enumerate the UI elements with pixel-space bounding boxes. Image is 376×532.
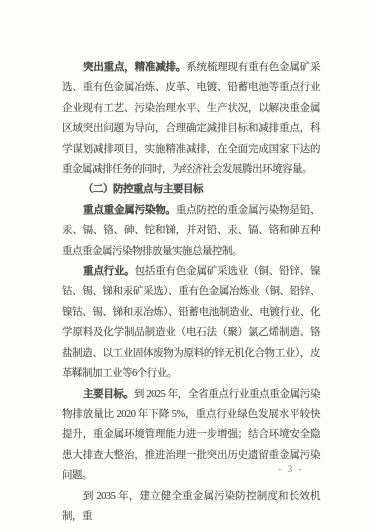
section-heading-2: （二）防控重点与主要目标	[62, 180, 320, 200]
document-page: 突出重点，精准减排。系统梳理现有重有色金属矿采选、重有色金属冶炼、皮革、电镀、铅…	[0, 0, 376, 532]
paragraph-targeted-reduction: 突出重点，精准减排。系统梳理现有重有色金属矿采选、重有色金属冶炼、皮革、电镀、铅…	[62, 58, 320, 180]
paragraph-key-industries: 重点行业。包括重有色金属矿采选业（铜、铅锌、镍钴、锡、锑和汞矿采选）、重有色金属…	[62, 262, 320, 384]
paragraph-body-text: 到 2035 年，建立健全重金属污染防控制度和长效机制，重	[62, 491, 320, 522]
paragraph-lead-text: 突出重点，精准减排。	[83, 62, 186, 73]
paragraph-lead-text: （二）防控重点与主要目标	[83, 184, 203, 195]
paragraph-lead-text: 重点重金属污染物。	[83, 205, 176, 216]
paragraph-lead-text: 重点行业。	[83, 266, 135, 277]
paragraph-body-text: 包括重有色金属矿采选业（铜、铅锌、镍钴、锡、锑和汞矿采选）、重有色金属冶炼业（铜…	[62, 266, 320, 379]
paragraph-2035-goal: 到 2035 年，建立健全重金属污染防控制度和长效机制，重	[62, 487, 320, 528]
paragraph-key-pollutants: 重点重金属污染物。重点防控的重金属污染物是铅、汞、镉、铬、砷、铊和锑，并对铅、汞…	[62, 201, 320, 262]
paragraph-lead-text: 主要目标。	[83, 389, 134, 400]
page-number: - 3 -	[278, 465, 304, 475]
text-block: 突出重点，精准减排。系统梳理现有重有色金属矿采选、重有色金属冶炼、皮革、电镀、铅…	[62, 58, 320, 527]
paragraph-body-text: 系统梳理现有重有色金属矿采选、重有色金属冶炼、皮革、电镀、铅蓄电池等重点行业企业…	[62, 62, 320, 175]
